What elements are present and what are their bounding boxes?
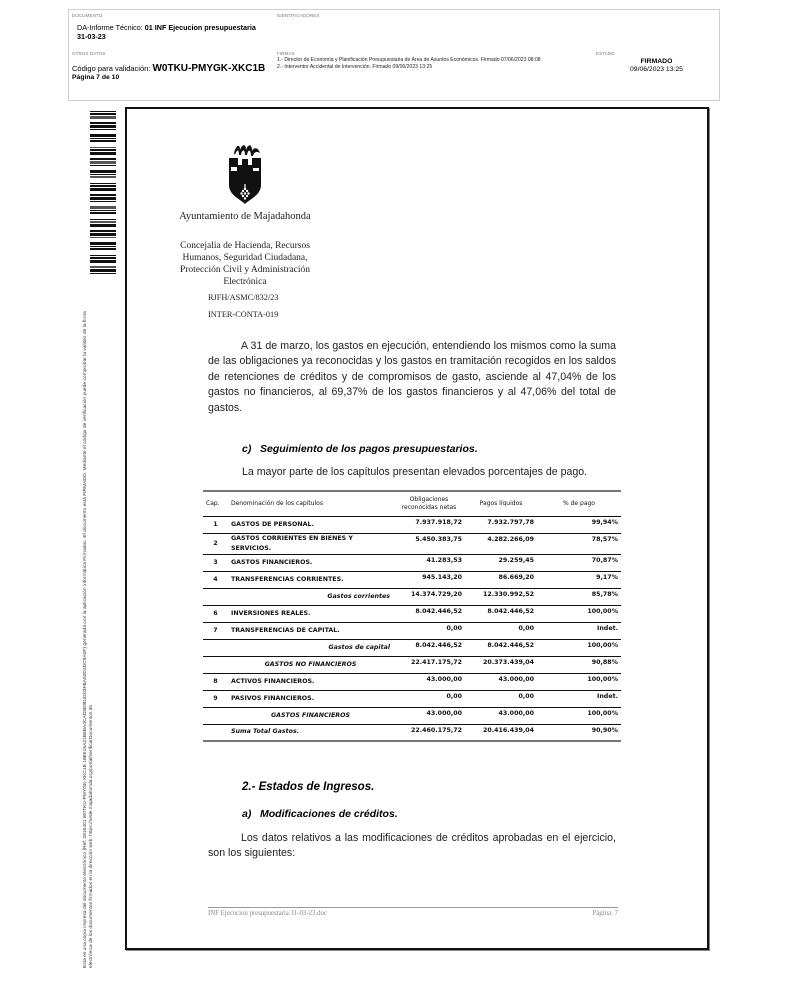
table-row: 8ACTIVOS FINANCIEROS.43.000,0043.000,001… xyxy=(203,673,621,690)
section-heading-pagos: c)Seguimiento de los pagos presupuestari… xyxy=(242,443,478,455)
cell-cap: 8 xyxy=(203,673,228,690)
cell-denominacion: ACTIVOS FINANCIEROS. xyxy=(228,673,393,690)
cell-cap xyxy=(203,588,228,605)
barcode-icon xyxy=(90,107,116,275)
col-header-pct: % de pago xyxy=(537,491,621,516)
cell-pagos: 8.042.446,52 xyxy=(465,639,537,656)
documento-label: DOCUMENTO xyxy=(72,13,102,18)
validation-code: W0TKU-PMYGK-XKC1B xyxy=(152,63,265,74)
cell-cap: 2 xyxy=(203,533,228,554)
cell-pct: 90,90% xyxy=(537,724,621,741)
cell-pct: 100,00% xyxy=(537,639,621,656)
cell-denominacion: Gastos corrientes xyxy=(228,588,393,605)
cell-pagos: 20.373.439,04 xyxy=(465,656,537,673)
cell-denominacion: GASTOS NO FINANCIEROS xyxy=(228,656,393,673)
col-header-denominacion: Denominación de los capítulos xyxy=(228,491,393,516)
page-indicator: Página 7 de 10 xyxy=(72,74,119,81)
cell-obligaciones: 22.417.175,72 xyxy=(393,656,465,673)
col-header-pagos: Pagos líquidos xyxy=(465,491,537,516)
cell-pct: 100,00% xyxy=(537,605,621,622)
reference-code-2: INTER-CONTA-019 xyxy=(208,310,278,319)
table-row: 3GASTOS FINANCIEROS.41.283,5329.259,4570… xyxy=(203,554,621,571)
cell-cap: 7 xyxy=(203,622,228,639)
table-row: Gastos corrientes14.374.729,2012.330.992… xyxy=(203,588,621,605)
estado-label: ESTADO xyxy=(596,51,615,56)
estado-date: 09/06/2023 13:25 xyxy=(593,66,720,73)
col-header-obligaciones: Obligaciones reconocidas netas xyxy=(393,491,465,516)
table-row: 6INVERSIONES REALES.8.042.446,528.042.44… xyxy=(203,605,621,622)
cell-pagos: 8.042.446,52 xyxy=(465,605,537,622)
table-row: GASTOS FINANCIEROS43.000,0043.000,00100,… xyxy=(203,707,621,724)
cell-denominacion: Gastos de capital xyxy=(228,639,393,656)
cell-cap xyxy=(203,707,228,724)
paragraph-modificaciones: Los datos relativos a las modificaciones… xyxy=(208,831,616,862)
cell-obligaciones: 0,00 xyxy=(393,622,465,639)
document-title: DA-Informe Técnico: 01 INF Ejecucion pre… xyxy=(77,23,267,41)
paragraph-porcentajes: La mayor parte de los capítulos presenta… xyxy=(242,466,587,478)
cell-pagos: 43.000,00 xyxy=(465,673,537,690)
cell-pagos: 4.282.266,09 xyxy=(465,533,537,554)
validation-line: Código para validación: W0TKU-PMYGK-XKC1… xyxy=(72,63,265,74)
cell-obligaciones: 8.042.446,52 xyxy=(393,605,465,622)
cell-pct: Indet. xyxy=(537,622,621,639)
footer-page-number: Página: 7 xyxy=(560,910,618,917)
cell-obligaciones: 7.937.918,72 xyxy=(393,516,465,533)
cell-pagos: 0,00 xyxy=(465,622,537,639)
otros-datos-cell: OTROS DATOS Código para validación: W0TK… xyxy=(69,48,274,101)
estado-value: FIRMADO xyxy=(593,58,720,65)
table-row: Suma Total Gastos.22.460.175,7220.416.43… xyxy=(203,724,621,741)
cell-denominacion: PASIVOS FINANCIEROS. xyxy=(228,690,393,707)
table-row: 4TRANSFERENCIAS CORRIENTES.945.143,2086.… xyxy=(203,571,621,588)
cell-obligaciones: 43.000,00 xyxy=(393,707,465,724)
cell-denominacion: TRANSFERENCIAS CORRIENTES. xyxy=(228,571,393,588)
majadahonda-coat-of-arms-icon xyxy=(220,141,270,205)
cell-pagos: 43.000,00 xyxy=(465,707,537,724)
cell-cap: 9 xyxy=(203,690,228,707)
cell-pagos: 29.259,45 xyxy=(465,554,537,571)
cell-denominacion: TRANSFERENCIAS DE CAPITAL. xyxy=(228,622,393,639)
cell-pct: 9,17% xyxy=(537,571,621,588)
footer-divider xyxy=(208,907,618,908)
cell-pagos: 20.416.439,04 xyxy=(465,724,537,741)
cell-pct: 70,87% xyxy=(537,554,621,571)
firma-item: 2.- Interventor Accidental de Intervenci… xyxy=(277,64,541,71)
cell-obligaciones: 41.283,53 xyxy=(393,554,465,571)
verification-side-text: Esta es una copia impresa del documento … xyxy=(83,298,95,968)
section-heading-ingresos: 2.- Estados de Ingresos. xyxy=(242,781,374,793)
cell-denominacion: GASTOS FINANCIEROS xyxy=(228,707,393,724)
cell-pct: 100,00% xyxy=(537,673,621,690)
cell-pct: Indet. xyxy=(537,690,621,707)
cell-obligaciones: 14.374.729,20 xyxy=(393,588,465,605)
firma-item: 1.- Director de Economía y Planificación… xyxy=(277,57,541,64)
cell-pct: 90,88% xyxy=(537,656,621,673)
table-row: 2GASTOS CORRIENTES EN BIENES Y SERVICIOS… xyxy=(203,533,621,554)
cell-obligaciones: 8.042.446,52 xyxy=(393,639,465,656)
cell-cap: 3 xyxy=(203,554,228,571)
signature-header: DOCUMENTO DA-Informe Técnico: 01 INF Eje… xyxy=(68,9,720,101)
firmas-label: FIRMAS xyxy=(277,51,295,56)
section-heading-modificaciones: a)Modificaciones de créditos. xyxy=(242,808,398,820)
documento-cell: DOCUMENTO DA-Informe Técnico: 01 INF Eje… xyxy=(69,10,274,46)
cell-pagos: 12.330.992,52 xyxy=(465,588,537,605)
table-row: 7TRANSFERENCIAS DE CAPITAL.0,000,00Indet… xyxy=(203,622,621,639)
firmas-list: 1.- Director de Economía y Planificación… xyxy=(277,57,541,71)
table-header-row: Cap. Denominación de los capítulos Oblig… xyxy=(203,491,621,516)
col-header-cap: Cap. xyxy=(203,491,228,516)
cell-pagos: 0,00 xyxy=(465,690,537,707)
cell-obligaciones: 945.143,20 xyxy=(393,571,465,588)
paragraph-gastos-ejecucion: A 31 de marzo, los gastos en ejecución, … xyxy=(208,339,616,416)
cell-pct: 99,94% xyxy=(537,516,621,533)
table-row: 1GASTOS DE PERSONAL.7.937.918,727.932.79… xyxy=(203,516,621,533)
table-row: Gastos de capital8.042.446,528.042.446,5… xyxy=(203,639,621,656)
table-row: GASTOS NO FINANCIEROS22.417.175,7220.373… xyxy=(203,656,621,673)
identificadores-label: IDENTIFICADORES xyxy=(277,13,320,18)
reference-code: RJFH/ASMC/832/23 xyxy=(208,293,279,302)
firmas-cell: FIRMAS 1.- Director de Economía y Planif… xyxy=(274,48,593,101)
cell-cap: 1 xyxy=(203,516,228,533)
cell-denominacion: GASTOS DE PERSONAL. xyxy=(228,516,393,533)
cell-denominacion: GASTOS FINANCIEROS. xyxy=(228,554,393,571)
cell-pct: 78,57% xyxy=(537,533,621,554)
payments-table: Cap. Denominación de los capítulos Oblig… xyxy=(203,490,621,742)
cell-pct: 85,78% xyxy=(537,588,621,605)
cell-cap xyxy=(203,724,228,741)
footer-filename: INF Ejecucion presupuestaria 31-03-23.do… xyxy=(208,910,327,917)
cell-obligaciones: 0,00 xyxy=(393,690,465,707)
cell-denominacion: Suma Total Gastos. xyxy=(228,724,393,741)
cell-pagos: 7.932.797,78 xyxy=(465,516,537,533)
cell-pagos: 86.669,20 xyxy=(465,571,537,588)
cell-obligaciones: 5.450.383,75 xyxy=(393,533,465,554)
organization-name: Ayuntamiento de Majadahonda xyxy=(170,210,320,223)
cell-denominacion: GASTOS CORRIENTES EN BIENES Y SERVICIOS. xyxy=(228,533,393,554)
cell-pct: 100,00% xyxy=(537,707,621,724)
identificadores-cell: IDENTIFICADORES xyxy=(274,10,720,46)
cell-obligaciones: 22.460.175,72 xyxy=(393,724,465,741)
estado-cell: ESTADO FIRMADO 09/06/2023 13:25 xyxy=(593,48,720,101)
table-row: 9PASIVOS FINANCIEROS.0,000,00Indet. xyxy=(203,690,621,707)
cell-obligaciones: 43.000,00 xyxy=(393,673,465,690)
department-name: Concejalía de Hacienda, Recursos Humanos… xyxy=(170,240,320,288)
otros-datos-label: OTROS DATOS xyxy=(72,51,105,56)
cell-cap: 4 xyxy=(203,571,228,588)
cell-cap xyxy=(203,656,228,673)
cell-cap xyxy=(203,639,228,656)
cell-cap: 6 xyxy=(203,605,228,622)
cell-denominacion: INVERSIONES REALES. xyxy=(228,605,393,622)
